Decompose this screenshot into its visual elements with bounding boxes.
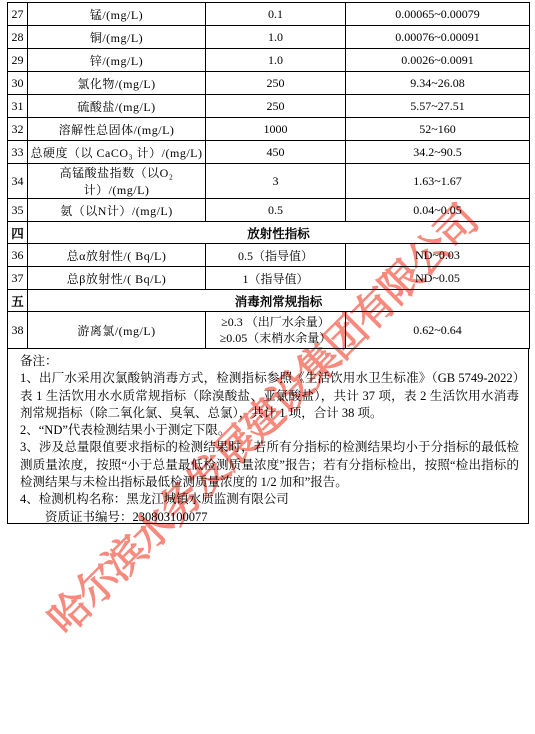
row-number-cell: 36	[8, 244, 28, 267]
table-body: 27锰/(mg/L)0.10.00065~0.0007928铜/(mg/L)1.…	[8, 3, 530, 349]
note-item: 2、“ND”代表检测结果小于测定下限。	[20, 422, 519, 439]
row-number-cell: 38	[8, 312, 28, 349]
row-number-cell: 28	[8, 26, 28, 49]
notes-box: 备注： 1、出厂水采用次氯酸钠消毒方式，检测指标参照《生活饮用水卫生标准》（GB…	[7, 349, 529, 524]
notes-list: 1、出厂水采用次氯酸钠消毒方式，检测指标参照《生活饮用水卫生标准》（GB 574…	[20, 370, 519, 526]
note-item: 资质证书编号：230803100077	[20, 509, 519, 526]
water-quality-table: 27锰/(mg/L)0.10.00065~0.0007928铜/(mg/L)1.…	[7, 2, 530, 349]
result-cell: 0.0026~0.0091	[346, 49, 530, 72]
note-item: 1、出厂水采用次氯酸钠消毒方式，检测指标参照《生活饮用水卫生标准》（GB 574…	[20, 370, 519, 422]
limit-line: ≥0.05（末梢水余量）	[206, 330, 345, 346]
result-cell: 52~160	[346, 118, 530, 141]
report-content: 27锰/(mg/L)0.10.00065~0.0007928铜/(mg/L)1.…	[7, 2, 529, 524]
limit-cell: 250	[206, 72, 346, 95]
result-cell: 0.00076~0.00091	[346, 26, 530, 49]
indicator-name-cell: 硫酸盐/(mg/L)	[28, 95, 206, 118]
table-row: 28铜/(mg/L)1.00.00076~0.00091	[8, 26, 530, 49]
table-row: 29锌/(mg/L)1.00.0026~0.0091	[8, 49, 530, 72]
limit-cell: 0.5（指导值）	[206, 244, 346, 267]
limit-cell: 450	[206, 141, 346, 164]
row-number-cell: 34	[8, 164, 28, 199]
table-row: 27锰/(mg/L)0.10.00065~0.00079	[8, 3, 530, 26]
indicator-name-cell: 锰/(mg/L)	[28, 3, 206, 26]
limit-cell: 1.0	[206, 26, 346, 49]
result-cell: 0.00065~0.00079	[346, 3, 530, 26]
table-row: 35氨（以N计）/(mg/L)0.50.04~0.05	[8, 199, 530, 222]
indicator-name-cell: 铜/(mg/L)	[28, 26, 206, 49]
indicator-name-cell: 总β放射性/( Bq/L)	[28, 267, 206, 290]
limit-cell: ≥0.3 （出厂水余量）≥0.05（末梢水余量）	[206, 312, 346, 349]
row-number-cell: 32	[8, 118, 28, 141]
row-number-cell: 30	[8, 72, 28, 95]
section-number-cell: 五	[8, 290, 28, 312]
section-number-cell: 四	[8, 222, 28, 244]
table-row: 36总α放射性/( Bq/L)0.5（指导值）ND~0.03	[8, 244, 530, 267]
section-title-cell: 消毒剂常规指标	[28, 290, 530, 312]
result-cell: ND~0.05	[346, 267, 530, 290]
table-row: 32溶解性总固体/(mg/L)100052~160	[8, 118, 530, 141]
table-row: 30氯化物/(mg/L)2509.34~26.08	[8, 72, 530, 95]
indicator-name-cell: 锌/(mg/L)	[28, 49, 206, 72]
section-title-cell: 放射性指标	[28, 222, 530, 244]
row-number-cell: 29	[8, 49, 28, 72]
row-number-cell: 31	[8, 95, 28, 118]
limit-cell: 1000	[206, 118, 346, 141]
indicator-name-cell: 溶解性总固体/(mg/L)	[28, 118, 206, 141]
note-item: 3、涉及总量限值要求指标的检测结果时，若所有分指标的检测结果均小于分指标的最低检…	[20, 439, 519, 491]
table-row: 38游离氯/(mg/L)≥0.3 （出厂水余量）≥0.05（末梢水余量）0.62…	[8, 312, 530, 349]
notes-label: 备注：	[20, 353, 519, 370]
result-cell: 1.63~1.67	[346, 164, 530, 199]
document-page: 哈尔滨水务发展建设集团有限公司 27锰/(mg/L)0.10.00065~0.0…	[0, 0, 535, 734]
limit-cell: 250	[206, 95, 346, 118]
indicator-name-cell: 总硬度（以 CaCO₃ 计）/(mg/L)	[28, 141, 206, 164]
indicator-name-cell: 总α放射性/( Bq/L)	[28, 244, 206, 267]
row-number-cell: 33	[8, 141, 28, 164]
table-row: 34高锰酸盐指数（以O₂计）/(mg/L)31.63~1.67	[8, 164, 530, 199]
table-row: 37总β放射性/( Bq/L)1（指导值）ND~0.05	[8, 267, 530, 290]
result-cell: 0.62~0.64	[346, 312, 530, 349]
result-cell: 0.04~0.05	[346, 199, 530, 222]
limit-cell: 3	[206, 164, 346, 199]
indicator-name-cell: 游离氯/(mg/L)	[28, 312, 206, 349]
table-row: 33总硬度（以 CaCO₃ 计）/(mg/L)45034.2~90.5	[8, 141, 530, 164]
row-number-cell: 27	[8, 3, 28, 26]
limit-cell: 1（指导值）	[206, 267, 346, 290]
result-cell: 5.57~27.51	[346, 95, 530, 118]
result-cell: ND~0.03	[346, 244, 530, 267]
indicator-name-cell: 氯化物/(mg/L)	[28, 72, 206, 95]
section-row: 四放射性指标	[8, 222, 530, 244]
note-item: 4、检测机构名称：黑龙江城镇水质监测有限公司	[20, 491, 519, 508]
result-cell: 34.2~90.5	[346, 141, 530, 164]
table-row: 31硫酸盐/(mg/L)2505.57~27.51	[8, 95, 530, 118]
row-number-cell: 35	[8, 199, 28, 222]
limit-cell: 0.5	[206, 199, 346, 222]
limit-line: ≥0.3 （出厂水余量）	[206, 314, 345, 330]
section-row: 五消毒剂常规指标	[8, 290, 530, 312]
row-number-cell: 37	[8, 267, 28, 290]
result-cell: 9.34~26.08	[346, 72, 530, 95]
indicator-name-cell: 氨（以N计）/(mg/L)	[28, 199, 206, 222]
limit-cell: 1.0	[206, 49, 346, 72]
limit-cell: 0.1	[206, 3, 346, 26]
indicator-name-cell: 高锰酸盐指数（以O₂计）/(mg/L)	[28, 164, 206, 199]
